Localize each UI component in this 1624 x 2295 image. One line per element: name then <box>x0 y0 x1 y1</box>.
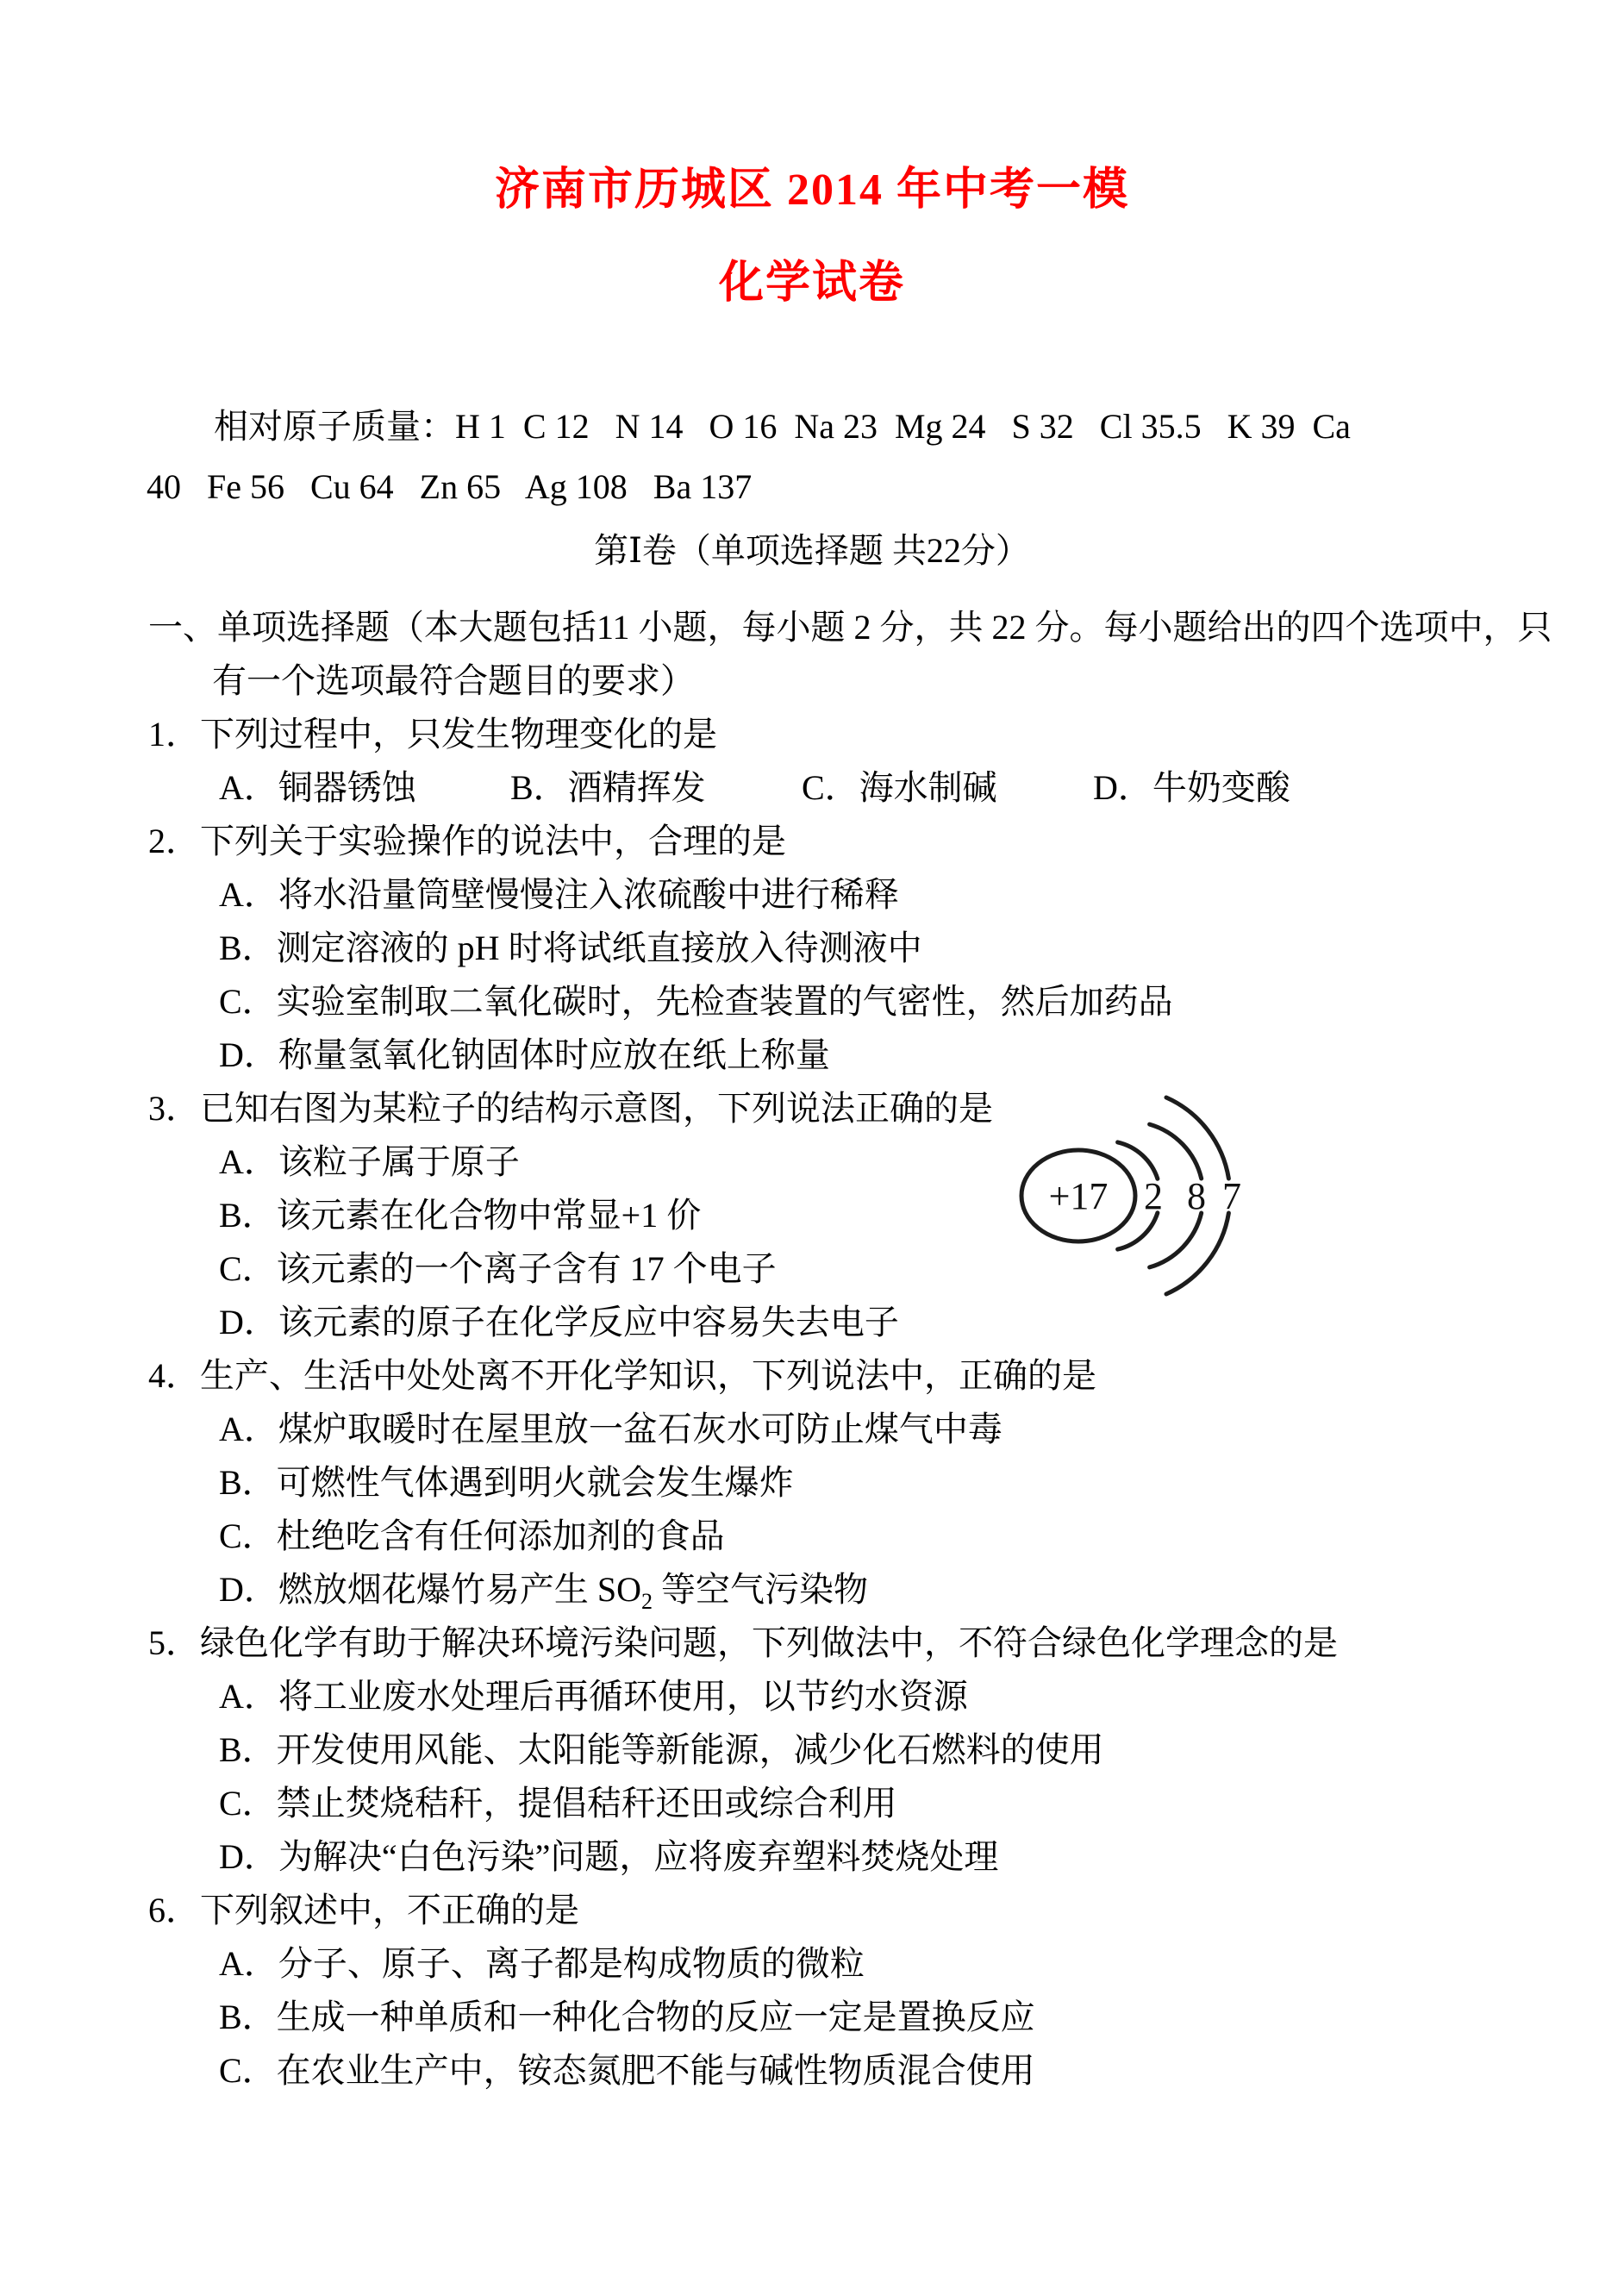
question-1-stem: 1．下列过程中，只发生物理变化的是 <box>0 708 1624 761</box>
question-4-option-b: B．可燃性气体遇到明火就会发生爆炸 <box>0 1456 1624 1510</box>
question-4-option-d-text: D．燃放烟花爆竹易产生 SO <box>219 1570 641 1609</box>
question-6-option-b: B．生成一种单质和一种化合物的反应一定是置换反应 <box>0 1991 1624 2044</box>
question-5-option-d: D．为解决“白色污染”问题，应将废弃塑料焚烧处理 <box>0 1830 1624 1884</box>
atomic-mass-line-2: 40 Fe 56 Cu 64 Zn 65 Ag 108 Ba 137 <box>0 457 1624 517</box>
shell-3-electron-count: 7 <box>1222 1175 1241 1217</box>
question-1-option-d: D．牛奶变酸 <box>1093 761 1290 815</box>
question-5-option-c: C．禁止焚烧秸秆，提倡秸秆还田或综合利用 <box>0 1777 1624 1830</box>
electron-shell-1-upper-arc <box>1118 1142 1158 1179</box>
question-3-stem: 3．已知右图为某粒子的结构示意图，下列说法正确的是 <box>0 1082 1624 1135</box>
question-2-option-b: B．测定溶液的 pH 时将试纸直接放入待测液中 <box>0 922 1624 975</box>
question-4-option-d: D．燃放烟花爆竹易产生 SO2 等空气污染物 <box>0 1563 1624 1617</box>
nucleus-charge-label: +17 <box>1049 1175 1109 1217</box>
question-6-option-a: A．分子、原子、离子都是构成物质的微粒 <box>0 1937 1624 1991</box>
question-1-option-c: C．海水制碱 <box>802 761 1093 815</box>
so2-subscript: 2 <box>641 1589 653 1614</box>
question-1-options-row: A．铜器锈蚀 B．酒精挥发 C．海水制碱 D．牛奶变酸 <box>0 761 1624 815</box>
question-3-option-c: C．该元素的一个离子含有 17 个电子 <box>0 1242 1624 1296</box>
electron-shell-1-lower-arc <box>1118 1213 1158 1249</box>
question-4-stem: 4．生产、生活中处处离不开化学知识，下列说法中，正确的是 <box>0 1349 1624 1403</box>
exam-subtitle: 化学试卷 <box>0 251 1624 316</box>
question-5-option-b: B．开发使用风能、太阳能等新能源，减少化石燃料的使用 <box>0 1723 1624 1777</box>
section-title: 第Ⅰ卷（单项选择题 共22分） <box>0 524 1624 578</box>
exam-title: 济南市历城区 2014 年中考一模 <box>0 0 1624 223</box>
instructions-line-1: 一、单项选择题（本大题包括11 小题，每小题 2 分，共 22 分。每小题给出的… <box>0 601 1624 654</box>
question-5-option-a: A．将工业废水处理后再循环使用，以节约水资源 <box>0 1670 1624 1723</box>
shell-1-electron-count: 2 <box>1144 1175 1163 1217</box>
instructions-line-2: 有一个选项最符合题目的要求） <box>0 654 1624 708</box>
question-4-option-a: A．煤炉取暖时在屋里放一盆石灰水可防止煤气中毒 <box>0 1403 1624 1456</box>
question-4-option-d-tail: 等空气污染物 <box>653 1570 868 1609</box>
atomic-structure-diagram: +17 2 8 7 <box>991 1088 1276 1308</box>
electron-shell-2-upper-arc <box>1150 1124 1202 1179</box>
question-1-option-a: A．铜器锈蚀 <box>219 761 510 815</box>
electron-shell-2-lower-arc <box>1150 1213 1202 1267</box>
question-3-option-d: D．该元素的原子在化学反应中容易失去电子 <box>0 1296 1624 1349</box>
question-2-option-d: D．称量氢氧化钠固体时应放在纸上称量 <box>0 1029 1624 1082</box>
exam-paper-page: 济南市历城区 2014 年中考一模 化学试卷 相对原子质量：H 1 C 12 N… <box>0 0 1624 2295</box>
question-1-option-b: B．酒精挥发 <box>510 761 802 815</box>
question-5-stem: 5．绿色化学有助于解决环境污染问题，下列做法中，不符合绿色化学理念的是 <box>0 1617 1624 1670</box>
question-2-stem: 2．下列关于实验操作的说法中，合理的是 <box>0 815 1624 868</box>
question-6-option-c: C．在农业生产中，铵态氮肥不能与碱性物质混合使用 <box>0 2044 1624 2098</box>
question-3-option-a: A．该粒子属于原子 <box>0 1135 1624 1189</box>
question-6-stem: 6．下列叙述中，不正确的是 <box>0 1884 1624 1937</box>
question-2-option-c: C．实验室制取二氧化碳时，先检查装置的气密性，然后加药品 <box>0 975 1624 1029</box>
question-2-option-a: A．将水沿量筒壁慢慢注入浓硫酸中进行稀释 <box>0 868 1624 922</box>
question-4-option-c: C．杜绝吃含有任何添加剂的食品 <box>0 1510 1624 1563</box>
atomic-mass-line-1: 相对原子质量：H 1 C 12 N 14 O 16 Na 23 Mg 24 S … <box>0 397 1624 457</box>
shell-2-electron-count: 8 <box>1187 1175 1206 1217</box>
question-3-option-b: B．该元素在化合物中常显+1 价 <box>0 1189 1624 1242</box>
